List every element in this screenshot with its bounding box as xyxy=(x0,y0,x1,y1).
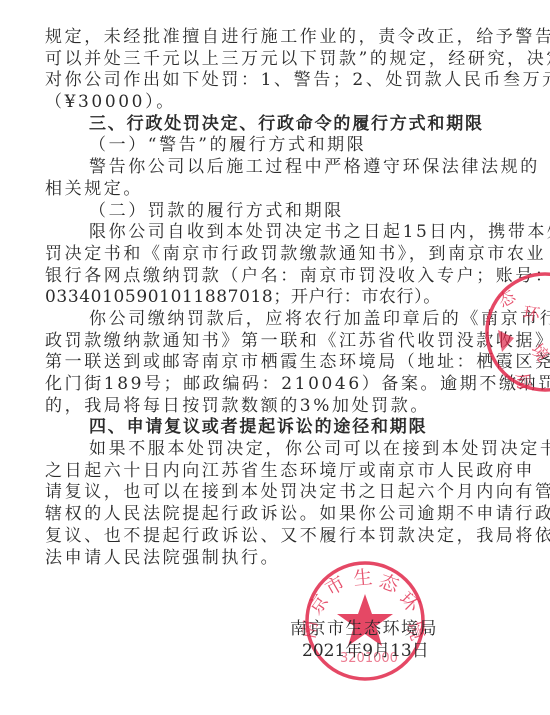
text-line: 你公司缴纳罚款后，应将农行加盖印章后的《南京市行 xyxy=(45,309,465,331)
text-line: 复议、也不提起行政诉讼、又不履行本罚款决定，我局将依 xyxy=(45,526,465,548)
text-line: 银行各网点缴纳罚款（户名：南京市罚没收入专户；账号： xyxy=(45,266,465,288)
svg-text:生: 生 xyxy=(353,566,374,590)
section-heading-4: 四、申请复议或者提起诉讼的途径和期限 xyxy=(45,417,465,439)
section-heading-3: 三、行政处罚决定、行政命令的履行方式和期限 xyxy=(45,114,465,136)
document-page: 规定，未经批准擅自进行施工作业的，责令改正，给予警告， 可以并处三千元以上三万元… xyxy=(0,0,550,715)
account-number-line: 03340105901011887018；开户行：市农行）。 xyxy=(45,287,465,309)
text-line: 政罚款缴纳款通知书》第一联和《江苏省代收罚没款收据》 xyxy=(45,331,465,353)
text-line: 化门街189号；邮政编码：210046）备案。逾期不缴纳罚款 xyxy=(45,374,465,396)
text-line: 警告你公司以后施工过程中严格遵守环保法律法规的 xyxy=(45,157,465,179)
text-line: （¥30000）。 xyxy=(45,92,465,114)
text-line: 之日起六十日内向江苏省生态环境厅或南京市人民政府申 xyxy=(45,461,465,483)
text-line: 限你公司自收到本处罚决定书之日起15日内，携带本处 xyxy=(45,222,465,244)
subheading-warning: （一）“警告”的履行方式和期限 xyxy=(45,135,465,157)
text-line: 法申请人民法院强制执行。 xyxy=(45,548,465,570)
document-body: 规定，未经批准擅自进行施工作业的，责令改正，给予警告， 可以并处三千元以上三万元… xyxy=(45,27,465,569)
text-line: 罚决定书和《南京市行政罚款缴款通知书》，到南京市农业 xyxy=(45,244,465,266)
text-line: 的，我局将每日按罚款数额的3%加处罚款。 xyxy=(45,396,465,418)
subheading-fine: （二）罚款的履行方式和期限 xyxy=(45,201,465,223)
text-line: 对你公司作出如下处罚：1、警告；2、处罚款人民币叁万元 xyxy=(45,70,465,92)
svg-text:态: 态 xyxy=(376,570,402,598)
text-line: 辖权的人民法院提起行政诉讼。如果你公司逾期不申请行政 xyxy=(45,504,465,526)
signature-date: 2021年9月13日 xyxy=(302,636,429,661)
text-line: 相关规定。 xyxy=(45,179,465,201)
text-line: 可以并处三千元以上三万元以下罚款”的规定，经研究，决定 xyxy=(45,49,465,71)
text-line: 规定，未经批准擅自进行施工作业的，责令改正，给予警告， xyxy=(45,27,465,49)
svg-text:市: 市 xyxy=(322,572,349,601)
text-line: 如果不服本处罚决定，你公司可以在接到本处罚决定书 xyxy=(45,439,465,461)
text-line: 请复议，也可以在接到本处罚决定书之日起六个月内向有管 xyxy=(45,482,465,504)
text-line: 第一联送到或邮寄南京市栖霞生态环境局（地址：栖霞区尧 xyxy=(45,352,465,374)
